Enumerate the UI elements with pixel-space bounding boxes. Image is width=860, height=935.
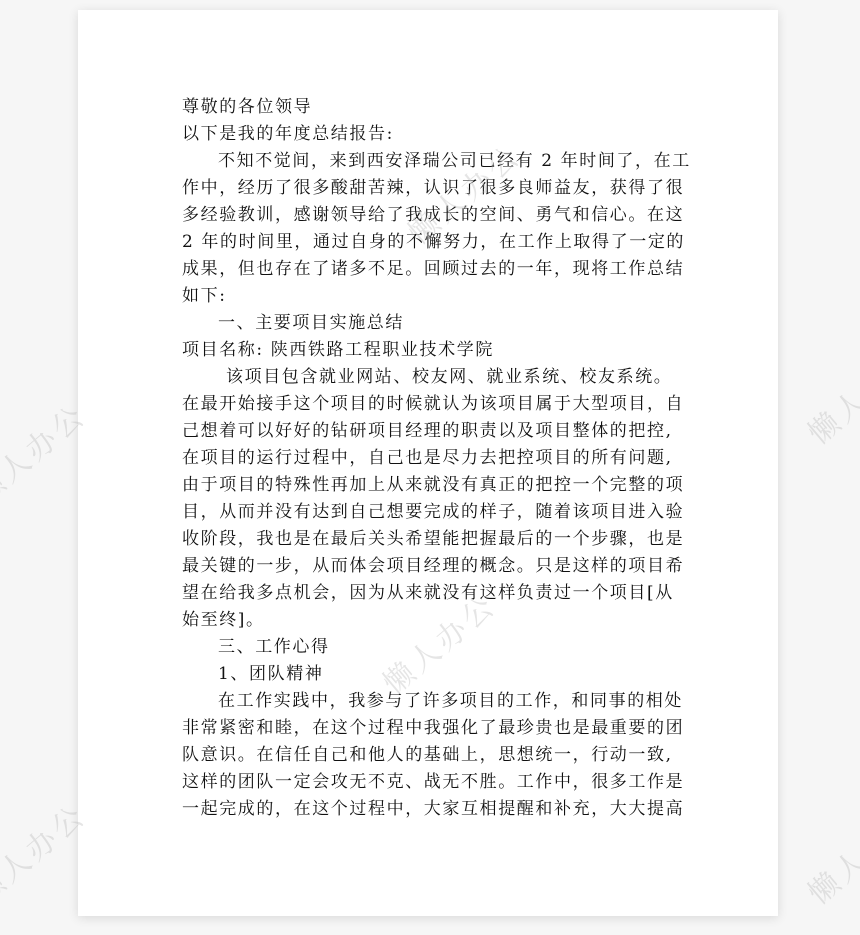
- paragraph-line: 最关键的一步，从而体会项目经理的概念。只是这样的项目希: [182, 553, 682, 580]
- paragraph-line: 在最开始接手这个项目的时候就认为该项目属于大型项目，自: [182, 391, 682, 418]
- paragraph-line: 非常紧密和睦，在这个过程中我强化了最珍贵也是最重要的团: [182, 715, 682, 742]
- paragraph-line: 如下:: [182, 283, 682, 310]
- paragraph-line: 一起完成的，在这个过程中，大家互相提醒和补充，大大提高: [182, 796, 682, 823]
- paragraph-line: 收阶段，我也是在最后关头希望能把握最后的一个步骤，也是: [182, 526, 682, 553]
- paragraph-line: 该项目包含就业网站、校友网、就业系统、校友系统。: [182, 364, 682, 391]
- paragraph-line: 2 年的时间里，通过自身的不懈努力，在工作上取得了一定的: [182, 229, 682, 256]
- section-heading: 一、主要项目实施总结: [182, 310, 682, 337]
- paragraph-line: 望在给我多点机会，因为从来就没有这样负责过一个项目[从: [182, 580, 682, 607]
- paragraph-line: 队意识。在信任自己和他人的基础上，思想统一，行动一致,: [182, 742, 682, 769]
- paragraph-line: 目，从而并没有达到自己想要完成的样子，随着该项目进入验: [182, 499, 682, 526]
- watermark: 懒人办公: [797, 331, 860, 452]
- salutation: 尊敬的各位领导: [182, 94, 682, 121]
- paragraph-line: 在工作实践中，我参与了许多项目的工作，和同事的相处: [182, 688, 682, 715]
- watermark: 懒人办公: [797, 791, 860, 912]
- paragraph-line: 由于项目的特殊性再加上从来就没有真正的把控一个完整的项: [182, 472, 682, 499]
- paragraph-line: 作中，经历了很多酸甜苦辣，认识了很多良师益友，获得了很: [182, 175, 682, 202]
- subsection-heading: 1、团队精神: [182, 661, 682, 688]
- paragraph-line: 己想着可以好好的钻研项目经理的职责以及项目整体的把控,: [182, 418, 682, 445]
- intro-line: 以下是我的年度总结报告:: [182, 121, 682, 148]
- paragraph-line: 多经验教训，感谢领导给了我成长的空间、勇气和信心。在这: [182, 202, 682, 229]
- document-page: 尊敬的各位领导 以下是我的年度总结报告: 不知不觉间，来到西安泽瑞公司已经有 2…: [78, 10, 778, 916]
- paragraph-line: 在项目的运行过程中，自己也是尽力去把控项目的所有问题,: [182, 445, 682, 472]
- paragraph-line: 不知不觉间，来到西安泽瑞公司已经有 2 年时间了，在工: [182, 148, 682, 175]
- paragraph-line: 始至终]。: [182, 607, 682, 634]
- paragraph-line: 这样的团队一定会攻无不克、战无不胜。工作中，很多工作是: [182, 769, 682, 796]
- paragraph-line: 成果，但也存在了诸多不足。回顾过去的一年，现将工作总结: [182, 256, 682, 283]
- project-name: 项目名称: 陕西铁路工程职业技术学院: [182, 337, 682, 364]
- document-body: 尊敬的各位领导 以下是我的年度总结报告: 不知不觉间，来到西安泽瑞公司已经有 2…: [182, 94, 682, 823]
- section-heading: 三、工作心得: [182, 634, 682, 661]
